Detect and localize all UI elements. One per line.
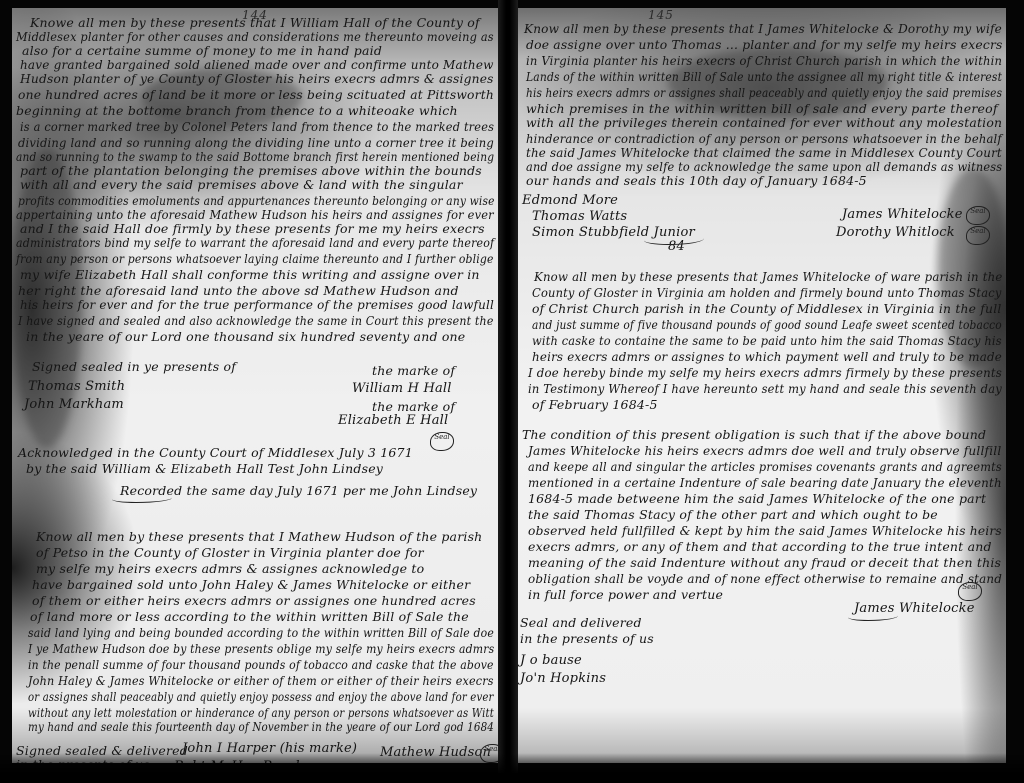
- deed-line: and I the said Hall doe firmly by these …: [20, 222, 485, 236]
- bond-line: or assignes shall peaceably and quietly …: [28, 690, 494, 704]
- condition-line: in full force power and vertue: [528, 588, 723, 602]
- deed-line: which premises in the within written bil…: [526, 102, 998, 116]
- condition-line: execrs admrs, or any of them and that ac…: [528, 540, 992, 554]
- right-page: 145 Know all men by these presents that …: [518, 8, 1006, 763]
- bond-line: without any lett molestation or hinderan…: [28, 706, 494, 720]
- witness-name: Edmond More: [522, 194, 618, 208]
- condition-line: and keepe all and singular the articles …: [528, 460, 1002, 474]
- deed-line: the said James Whitelocke that claimed t…: [526, 146, 1002, 160]
- left-page: 144 Knowe all men by these presents that…: [12, 8, 498, 763]
- deed-line: with all the privileges therein containe…: [526, 116, 1002, 130]
- deed-line: and doe assigne my selfe to acknowledge …: [526, 160, 1002, 174]
- condition-line: mentioned in a certaine Indenture of sal…: [528, 476, 1002, 490]
- bond-line: John Haley & James Whitelocke or either …: [28, 674, 494, 688]
- seal-mark: Seal: [430, 432, 454, 451]
- bond-line: said land lying and being bounded accord…: [28, 626, 494, 640]
- deed-line: in the yeare of our Lord one thousand si…: [26, 330, 465, 344]
- mark-label: the marke of: [372, 364, 455, 378]
- deed-line: dividing land and so running along the d…: [18, 136, 494, 150]
- condition-witness-heading: Seal and delivered: [520, 616, 642, 630]
- bond-line: of February 1684-5: [532, 398, 658, 412]
- deed-line: his heirs execrs admrs or assignes shall…: [526, 86, 1002, 100]
- deed-line: I have signed and sealed and also acknow…: [18, 314, 494, 328]
- deed-line: with all and every the said premises abo…: [20, 178, 463, 192]
- seal-mark: Seal: [958, 582, 982, 601]
- deed-line: Hudson planter of ye County of Gloster h…: [20, 72, 494, 86]
- seal-mark: Seal: [966, 226, 990, 245]
- deed-line: my wife Elizabeth Hall shall conforme th…: [20, 268, 480, 282]
- right-folio-number: 145: [648, 8, 674, 22]
- condition-line: James Whitelocke his heirs execrs admrs …: [528, 444, 1001, 458]
- deed-line: beginning at the bottome branch from the…: [16, 104, 458, 118]
- bond-line: Know all men by these presents that Jame…: [534, 270, 1002, 284]
- deed-line: part of the plantation belonging the pre…: [20, 164, 482, 178]
- bond-line: I doe hereby binde my selfe my heirs exe…: [528, 366, 1002, 380]
- acknowledgment-line: Acknowledged in the County Court of Midd…: [18, 446, 413, 460]
- book-gutter: [498, 0, 518, 783]
- bond-line: with caske to containe the same to be pa…: [532, 334, 1002, 348]
- condition-line: the said Thomas Stacy of the other part …: [528, 508, 938, 522]
- deed-line: hinderance or contradiction of any perso…: [526, 132, 1002, 146]
- deed-line: and so running to the swamp to the said …: [16, 150, 494, 164]
- condition-witness-name: J o bause: [520, 654, 582, 668]
- bond-line: in the penall summe of four thousand pou…: [28, 658, 494, 672]
- condition-witness-heading: in the presents of us: [520, 632, 654, 646]
- deed-line: is a corner marked tree by Colonel Peter…: [20, 120, 494, 134]
- condition-line: observed held fullfilled & kept by him t…: [528, 524, 1002, 538]
- bond-line: of Christ Church parish in the County of…: [532, 302, 1002, 316]
- deed-line: her right the aforesaid land unto the ab…: [18, 284, 459, 298]
- bond-line: of land more or less according to the wi…: [30, 610, 469, 624]
- deed-line: appertaining unto the aforesaid Mathew H…: [16, 208, 494, 222]
- signature-james-whitelocke: James Whitelocke: [842, 208, 963, 222]
- signature-william-hall: William H Hall: [352, 382, 452, 396]
- deed-line: Knowe all men by these presents that I W…: [30, 16, 480, 30]
- condition-line: obligation shall be voyde and of none ef…: [528, 572, 1002, 586]
- deed-line: Middlesex planter for other causes and c…: [16, 30, 494, 44]
- flourish: [644, 234, 704, 245]
- witness-heading: Signed sealed in ye presents of: [32, 360, 236, 374]
- deed-line: Lands of the within written Bill of Sale…: [526, 70, 1002, 84]
- witness-name: Thomas Smith: [28, 380, 125, 394]
- bond-line: my hand and seale this fourteenth day of…: [28, 720, 494, 734]
- bond-line: of Petso in the County of Gloster in Vir…: [36, 546, 424, 560]
- deed-line: also for a certaine summe of money to me…: [22, 44, 382, 58]
- condition-witness-name: Jo'n Hopkins: [520, 672, 606, 686]
- signature-elizabeth-hall: Elizabeth E Hall: [338, 414, 448, 428]
- mark-label: the marke of: [372, 400, 455, 414]
- deed-line: one hundred acres of land be it more or …: [18, 88, 494, 102]
- bond-line: have bargained sold unto John Haley & Ja…: [32, 578, 470, 592]
- seal-mark: Seal: [966, 206, 990, 225]
- bond-line: of them or either heirs execrs admrs or …: [32, 594, 476, 608]
- deed-line: Know all men by these presents that I Ja…: [524, 22, 1002, 36]
- witness-name: Thomas Watts: [532, 210, 627, 224]
- bond-line: in Testimony Whereof I have hereunto set…: [528, 382, 1002, 396]
- bond-line: my selfe my heirs execrs admrs & assigne…: [36, 562, 424, 576]
- bond-line: County of Gloster in Virginia am holden …: [532, 286, 1001, 300]
- bond-line: and just summe of five thousand pounds o…: [532, 318, 1002, 332]
- condition-line: The condition of this present obligation…: [522, 428, 986, 442]
- deed-line: from any person or persons whatsoever la…: [16, 252, 494, 266]
- deed-line: our hands and seals this 10th day of Jan…: [526, 174, 867, 188]
- condition-line: meaning of the said Indenture without an…: [528, 556, 1001, 570]
- deed-line: in Virginia planter his heirs execrs of …: [526, 54, 1002, 68]
- condition-line: 1684-5 made betweene him the said James …: [528, 492, 986, 506]
- deed-line: profits commodities emoluments and appur…: [18, 194, 495, 208]
- flourish: [848, 612, 898, 621]
- scan-bottom-edge: [0, 753, 1024, 783]
- flourish: [112, 494, 172, 503]
- signature-dorothy-whitlock: Dorothy Whitlock: [836, 226, 955, 240]
- deed-line: administrators bind my selfe to warrant …: [16, 236, 494, 250]
- scanned-deed-book: 144 Knowe all men by these presents that…: [0, 0, 1024, 783]
- witness-name: John Markham: [24, 398, 124, 412]
- deed-line: doe assigne over unto Thomas ... planter…: [526, 38, 1003, 52]
- bond-line: I ye Mathew Hudson doe by these presents…: [28, 642, 494, 656]
- bond-line: Know all men by these presents that I Ma…: [36, 530, 482, 544]
- bond-line: heirs execrs admrs or assignes to which …: [532, 350, 1002, 364]
- recorded-note: Recorded the same day July 1671 per me J…: [120, 484, 477, 498]
- deed-line: his heirs for ever and for the true perf…: [20, 298, 494, 312]
- deed-line: have granted bargained sold aliened made…: [20, 58, 494, 72]
- acknowledgment-line: by the said William & Elizabeth Hall Tes…: [26, 462, 383, 476]
